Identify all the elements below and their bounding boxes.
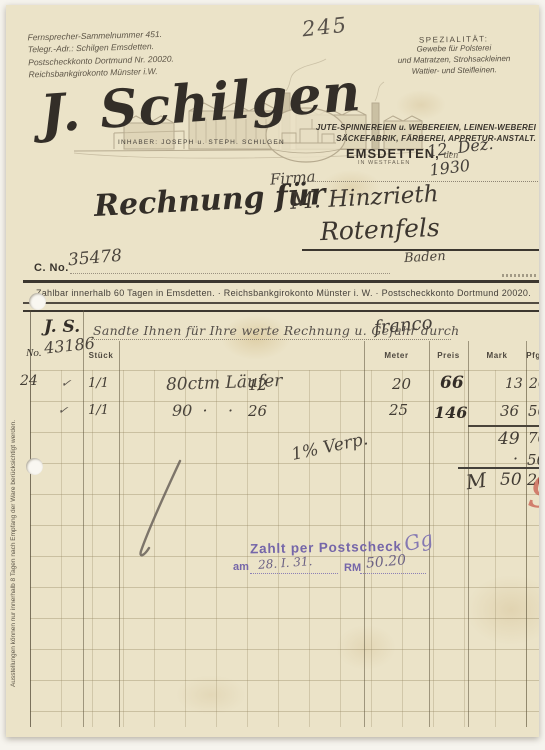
terms-rule-top — [23, 280, 539, 283]
terms-line: Zahlbar innerhalb 60 Tagen in Emsdetten.… — [23, 288, 539, 298]
place-name: EMSDETTEN, — [346, 146, 440, 161]
row-mark: 36 — [500, 402, 519, 420]
c-no-dotline — [70, 273, 390, 274]
punch-hole — [29, 293, 46, 310]
intro-dotline — [91, 339, 451, 340]
col-stueck: Stück — [83, 351, 119, 360]
stamp-date-line — [250, 573, 338, 574]
row-pfg: 50 — [528, 402, 539, 420]
row-count: 12 — [248, 376, 267, 394]
row-checkmark: ✓ — [57, 402, 69, 417]
row-description: 90 · · — [172, 401, 233, 420]
scanned-invoice: Fernsprecher-Sammelnummer 451. Telegr.-A… — [0, 0, 545, 750]
punch-hole — [26, 458, 43, 475]
stamp-rm-label: RM — [344, 562, 361, 574]
printer-micro-mark — [502, 274, 536, 277]
col-mark: Mark — [468, 351, 526, 360]
table-top-rule — [23, 310, 539, 312]
row-mark: 13 — [505, 376, 523, 392]
speciality-block: SPEZIALITÄT: Gewebe für Polsterei und Ma… — [374, 34, 535, 78]
customer-region: Baden — [404, 249, 446, 266]
row-count: 26 — [248, 402, 267, 420]
row-meter: 25 — [389, 401, 408, 419]
terms-rule-bottom — [23, 302, 539, 304]
row-pfg: 20 — [529, 376, 539, 392]
table-vline — [83, 310, 84, 727]
col-preis: Preis — [429, 351, 468, 360]
stamp-amount-line — [360, 573, 426, 574]
col-pfg: Pfg. — [526, 351, 539, 360]
surcharge-mark: · — [513, 449, 518, 468]
table-vline — [526, 341, 527, 727]
edge-note-vertical: Ausstellungen können nur innerhalb 8 Tag… — [10, 375, 17, 687]
contact-block: Fernsprecher-Sammelnummer 451. Telegr.-A… — [27, 27, 213, 81]
col-meter: Meter — [364, 351, 429, 360]
row-stueck: 1/1 — [88, 376, 109, 391]
invoice-paper: Fernsprecher-Sammelnummer 451. Telegr.-A… — [6, 5, 539, 737]
table-vline — [119, 341, 120, 727]
owner-line: INHABER: JOSEPH u. STEPH. SCHILGEN — [118, 139, 285, 146]
row-margin-date: 24 — [20, 373, 38, 389]
total-rule — [458, 467, 539, 469]
c-no-value: 35478 — [67, 246, 123, 271]
no-label: No. — [26, 347, 42, 359]
subtotal-mark: 49 — [498, 429, 520, 449]
pencil-tick-mark — [126, 455, 196, 565]
row-checkmark: ✓ — [60, 375, 72, 390]
business-line: JUTE-SPINNEREIEN u. WEBEREIEN, LEINEN-WE… — [301, 122, 536, 133]
subtotal-rule — [468, 425, 539, 427]
row-stueck: 1/1 — [88, 403, 109, 418]
customer-city: Rotenfels — [320, 213, 441, 246]
pencil-number: 245 — [301, 13, 349, 42]
stamp-am-label: am — [233, 561, 249, 573]
row-meter: 20 — [392, 375, 411, 393]
subtotal-pfg: 70 — [528, 429, 539, 447]
total-currency: M — [464, 468, 488, 495]
js-label: J. S. — [44, 317, 80, 337]
place-sub: IN WESTFALEN — [358, 160, 410, 166]
table-vline — [364, 341, 365, 727]
row-preis: 146 — [434, 403, 467, 422]
total-mark: 50 — [500, 470, 522, 490]
row-preis: 66 — [440, 373, 464, 393]
table-vline — [468, 341, 469, 727]
c-no-label: C. No. — [34, 262, 69, 274]
